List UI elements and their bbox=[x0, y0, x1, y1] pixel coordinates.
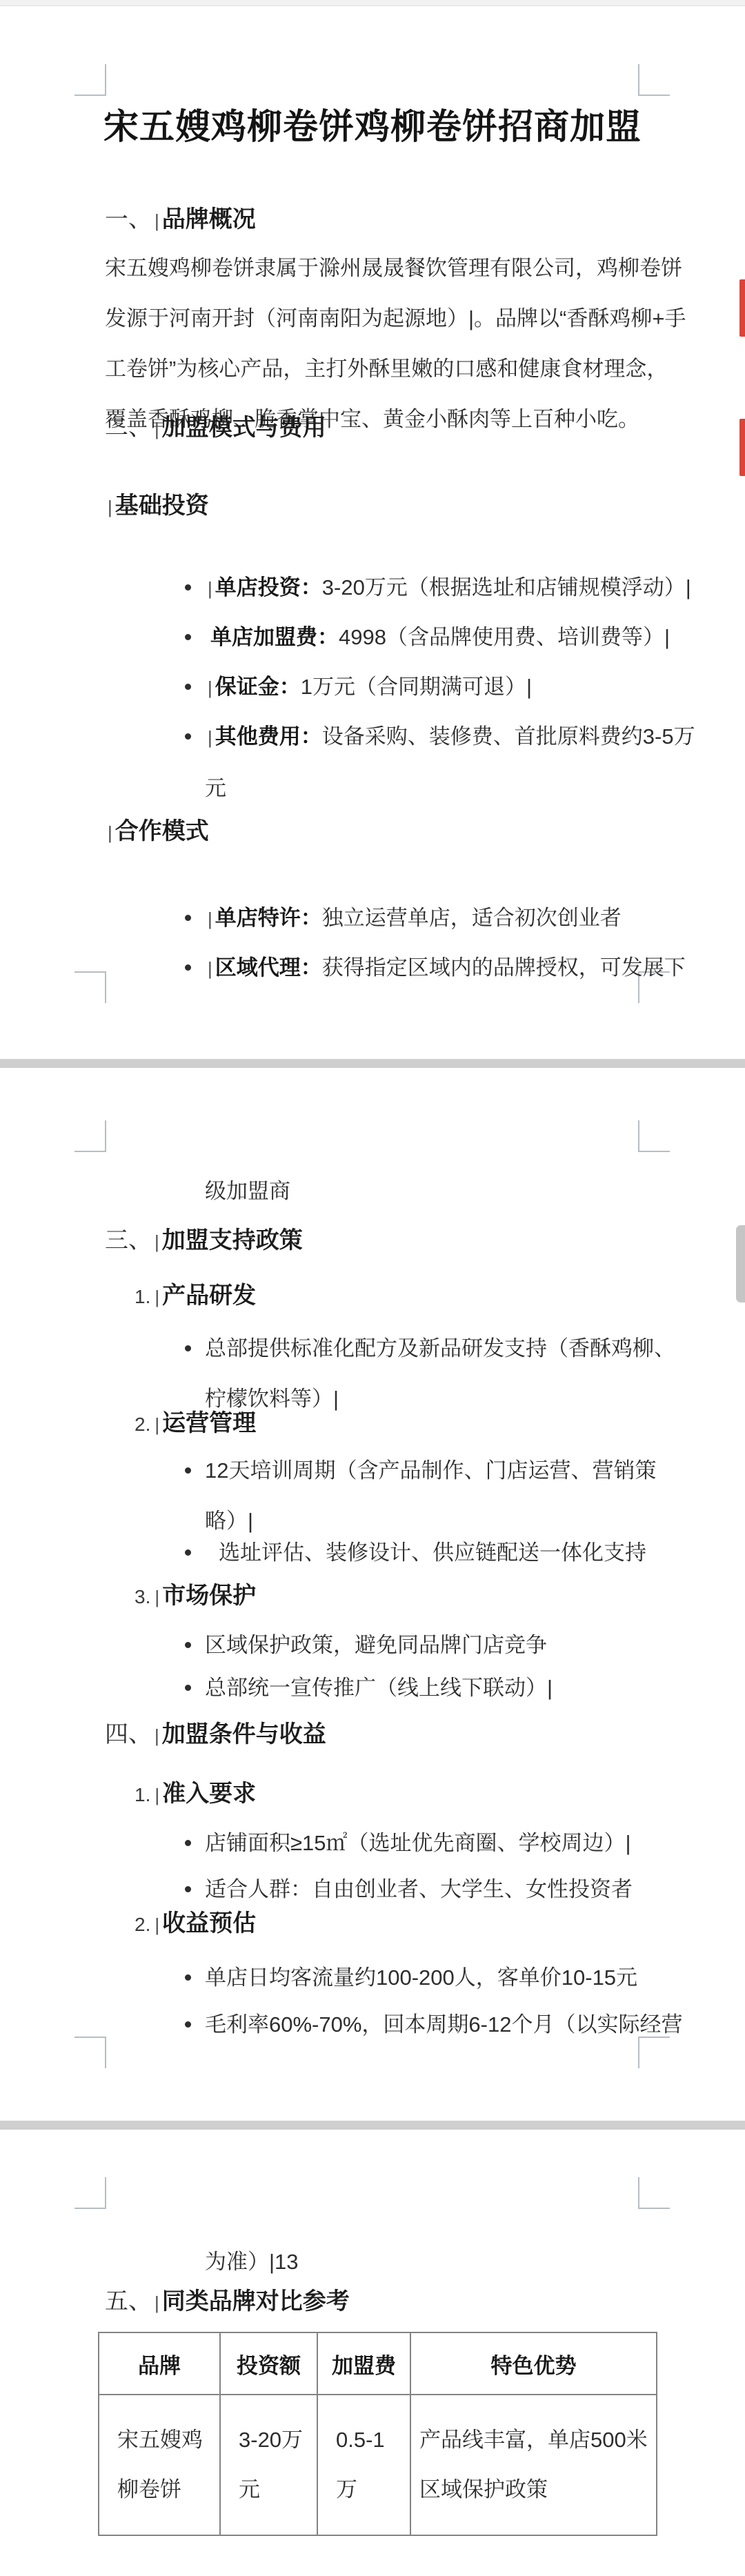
bullet-label: 单店特许： bbox=[215, 906, 322, 930]
intro-line: 发源于河南开封（河南南阳为起源地）|。品牌以“香酥鸡柳+手 bbox=[105, 293, 686, 344]
subheading-operations: 2.|运营管理 bbox=[135, 1404, 256, 1438]
column-header-investment: 投资额 bbox=[220, 2332, 317, 2395]
heading-prefix: 四、 bbox=[105, 1721, 152, 1747]
list-number: 2. bbox=[135, 1914, 152, 1935]
bullet-regional-agency: |区域代理：获得指定区域内的品牌授权，可发展下 bbox=[183, 942, 696, 994]
bullet-dot-icon bbox=[185, 915, 191, 921]
subheading-label: 合作模式 bbox=[115, 818, 209, 844]
bullet-dot-icon bbox=[185, 1642, 191, 1648]
column-header-advantage: 特色优势 bbox=[410, 2332, 657, 2395]
format-marker: | bbox=[152, 2292, 162, 2313]
bullet-text: 毛利率60%-70%，回本周期6-12个月（以实际经营 bbox=[205, 2012, 682, 2037]
subheading-label: 市场保护 bbox=[162, 1583, 256, 1609]
page-separator bbox=[0, 2121, 745, 2130]
bullet-text: 总部提供标准化配方及新品研发支持（香酥鸡柳、柠檬饮料等）| bbox=[205, 1336, 675, 1411]
bullet-text: 12天培训周期（含产品制作、门店运营、营销策略）| bbox=[205, 1458, 656, 1533]
format-marker: | bbox=[205, 578, 215, 599]
table-header-row: 品牌 投资额 加盟费 特色优势 bbox=[99, 2332, 657, 2395]
subheading-label: 收益预估 bbox=[162, 1910, 256, 1936]
bullet-dot-icon bbox=[185, 1549, 191, 1556]
format-marker: | bbox=[152, 1785, 162, 1805]
bullet-dot-icon bbox=[185, 1840, 191, 1846]
format-marker: | bbox=[205, 958, 215, 979]
bullet-dot-icon bbox=[185, 2021, 191, 2028]
bullet-franchise-fee: 单店加盟费：4998（含品牌使用费、培训费等）| bbox=[183, 612, 696, 664]
format-marker: | bbox=[205, 727, 215, 748]
bullet-text: 3-20万元（根据选址和店铺规模浮动）| bbox=[322, 575, 691, 600]
page3-margin-corner-top-right bbox=[638, 2177, 670, 2209]
bullet-text: 获得指定区域内的品牌授权，可发展下 bbox=[322, 955, 686, 980]
bullet-deposit: |保证金：1万元（合同期满可退）| bbox=[183, 662, 696, 713]
cell-advantage: 产品线丰富，单店500米区域保护政策 bbox=[410, 2395, 657, 2535]
subheading-label: 基础投资 bbox=[115, 493, 209, 519]
document-title: 宋五嫂鸡柳卷饼鸡柳卷饼招商加盟 bbox=[0, 98, 745, 149]
top-edge-strip bbox=[0, 0, 745, 6]
format-marker: | bbox=[152, 1287, 162, 1307]
heading-prefix: 三、 bbox=[105, 1227, 152, 1254]
edge-red-marker bbox=[739, 279, 745, 337]
bullet-dot-icon bbox=[185, 684, 191, 690]
bullet-single-store-license: |单店特许：独立运营单店，适合初次创业者 bbox=[183, 893, 696, 944]
subheading-cooperation-mode: |合作模式 bbox=[105, 812, 209, 846]
format-marker: | bbox=[152, 419, 162, 439]
heading-label: 同类品牌对比参考 bbox=[162, 2288, 350, 2315]
carryover-line: 级加盟商 bbox=[205, 1166, 290, 1216]
subheading-product-rd: 1.|产品研发 bbox=[135, 1276, 256, 1310]
subheading-base-investment: |基础投资 bbox=[105, 486, 209, 520]
heading-prefix: 一、 bbox=[105, 206, 152, 232]
column-header-fee: 加盟费 bbox=[317, 2332, 410, 2395]
bullet-text: 1万元（合同期满可退）| bbox=[301, 675, 532, 699]
intro-line: 宋五嫂鸡柳卷饼隶属于滁州晟晟餐饮管理有限公司，鸡柳卷饼 bbox=[105, 243, 686, 293]
page2-margin-corner-top-left bbox=[74, 1120, 106, 1152]
bullet-dot-icon bbox=[185, 634, 191, 640]
bullet-other-costs: |其他费用：设备采购、装修费、首批原料费约3-5万元 bbox=[183, 711, 696, 813]
subheading-label: 运营管理 bbox=[162, 1410, 256, 1436]
carryover-line: 为准）|13 bbox=[205, 2237, 299, 2287]
bullet-dot-icon bbox=[185, 1886, 191, 1892]
bullet-text: 选址评估、装修设计、供应链配送一体化支持 bbox=[219, 1540, 646, 1565]
heading-brand-overview: 一、|品牌概况 bbox=[105, 200, 256, 234]
cell-fee: 0.5-1万 bbox=[317, 2395, 410, 2535]
format-marker: | bbox=[152, 1914, 162, 1935]
scrollbar-thumb[interactable] bbox=[736, 1225, 745, 1302]
cell-investment: 3-20万元 bbox=[220, 2395, 317, 2535]
page1-margin-corner-top-left bbox=[74, 64, 106, 96]
format-marker: | bbox=[152, 1725, 162, 1746]
subheading-entry-requirements: 1.|准入要求 bbox=[135, 1774, 256, 1808]
brand-comparison-table: 品牌 投资额 加盟费 特色优势 宋五嫂鸡柳卷饼 3-20万元 0.5-1万 产品… bbox=[98, 2332, 657, 2536]
heading-label: 品牌概况 bbox=[162, 206, 256, 232]
bullet-text: 店铺面积≥15㎡（选址优先商圈、学校周边）| bbox=[205, 1831, 631, 1855]
bullet-dot-icon bbox=[185, 1467, 191, 1474]
heading-conditions-returns: 四、|加盟条件与收益 bbox=[105, 1715, 326, 1749]
format-marker: | bbox=[152, 210, 162, 231]
bullet-label: 区域代理： bbox=[215, 955, 322, 980]
format-marker: | bbox=[105, 497, 115, 517]
bullet-text: 适合人群：自由创业者、大学生、女性投资者 bbox=[205, 1877, 633, 1901]
list-number: 1. bbox=[135, 1286, 152, 1307]
page2-margin-corner-bottom-left bbox=[74, 2037, 106, 2068]
bullet-text: 区域保护政策，避免同品牌门店竞争 bbox=[205, 1633, 547, 1657]
heading-label: 加盟模式与费用 bbox=[162, 415, 326, 441]
intro-line: 工卷饼”为核心产品，主打外酥里嫩的口感和健康食材理念， bbox=[105, 344, 686, 394]
list-number: 1. bbox=[135, 1784, 152, 1805]
bullet-store-investment: |单店投资：3-20万元（根据选址和店铺规模浮动）| bbox=[183, 562, 696, 614]
heading-franchise-model-fees: 二、|加盟模式与费用 bbox=[105, 408, 326, 442]
bullet-label: 保证金： bbox=[215, 675, 301, 699]
page2-margin-corner-top-right bbox=[638, 1120, 670, 1152]
bullet-store-area: 店铺面积≥15㎡（选址优先商圈、学校周边）| bbox=[183, 1818, 696, 1868]
format-marker: | bbox=[105, 822, 115, 843]
list-number: 3. bbox=[135, 1586, 152, 1607]
format-marker: | bbox=[152, 1231, 162, 1252]
column-header-brand: 品牌 bbox=[99, 2332, 220, 2395]
heading-prefix: 二、 bbox=[105, 415, 152, 441]
bullet-unified-promotion: 总部统一宣传推广（线上线下联动）| bbox=[183, 1663, 696, 1713]
bullet-gross-margin: 毛利率60%-70%，回本周期6-12个月（以实际经营 bbox=[183, 1999, 696, 2050]
bullet-site-support: 选址评估、装修设计、供应链配送一体化支持 bbox=[183, 1527, 710, 1578]
table-row: 宋五嫂鸡柳卷饼 3-20万元 0.5-1万 产品线丰富，单店500米区域保护政策 bbox=[99, 2395, 657, 2535]
bullet-daily-traffic: 单店日均客流量约100-200人，客单价10-15元 bbox=[183, 1952, 696, 2003]
bullet-text: 独立运营单店，适合初次创业者 bbox=[322, 906, 622, 930]
subheading-label: 准入要求 bbox=[162, 1781, 256, 1807]
page1-margin-corner-bottom-left bbox=[74, 971, 106, 1003]
format-marker: | bbox=[205, 909, 215, 929]
bullet-dot-icon bbox=[185, 584, 191, 591]
bullet-rd-support: 总部提供标准化配方及新品研发支持（香酥鸡柳、柠檬饮料等）| bbox=[183, 1323, 696, 1424]
format-marker bbox=[205, 628, 210, 648]
edge-red-marker bbox=[739, 419, 745, 476]
bullet-dot-icon bbox=[185, 733, 191, 740]
heading-label: 加盟条件与收益 bbox=[162, 1721, 326, 1747]
bullet-dot-icon bbox=[185, 1685, 191, 1691]
heading-support-policy: 三、|加盟支持政策 bbox=[105, 1221, 303, 1255]
bullet-label: 其他费用： bbox=[215, 724, 322, 749]
page3-margin-corner-top-left bbox=[74, 2177, 106, 2209]
bullet-label: 单店投资： bbox=[215, 575, 322, 600]
bullet-label: 单店加盟费： bbox=[210, 625, 339, 649]
document-viewer: 宋五嫂鸡柳卷饼鸡柳卷饼招商加盟 一、|品牌概况 宋五嫂鸡柳卷饼隶属于滁州晟晟餐饮… bbox=[0, 0, 745, 2576]
cell-brand: 宋五嫂鸡柳卷饼 bbox=[99, 2395, 220, 2535]
format-marker: | bbox=[205, 677, 215, 698]
bullet-dot-icon bbox=[185, 1974, 191, 1981]
bullet-target-people: 适合人群：自由创业者、大学生、女性投资者 bbox=[183, 1864, 696, 1914]
heading-brand-comparison: 五、|同类品牌对比参考 bbox=[105, 2282, 350, 2316]
bullet-dot-icon bbox=[185, 964, 191, 971]
bullet-text: 4998（含品牌使用费、培训费等）| bbox=[339, 625, 670, 649]
heading-label: 加盟支持政策 bbox=[162, 1227, 303, 1254]
list-number: 2. bbox=[135, 1414, 152, 1435]
page-separator bbox=[0, 1059, 745, 1068]
heading-prefix: 五、 bbox=[105, 2288, 152, 2315]
subheading-market-protection: 3.|市场保护 bbox=[135, 1576, 256, 1610]
subheading-revenue-estimate: 2.|收益预估 bbox=[135, 1904, 256, 1938]
format-marker: | bbox=[152, 1414, 162, 1435]
bullet-text: 总部统一宣传推广（线上线下联动）| bbox=[205, 1676, 553, 1700]
bullet-dot-icon bbox=[185, 1345, 191, 1351]
bullet-text: 单店日均客流量约100-200人，客单价10-15元 bbox=[205, 1965, 637, 1990]
subheading-label: 产品研发 bbox=[162, 1282, 256, 1309]
format-marker: | bbox=[152, 1587, 162, 1607]
page1-margin-corner-top-right bbox=[638, 64, 670, 96]
